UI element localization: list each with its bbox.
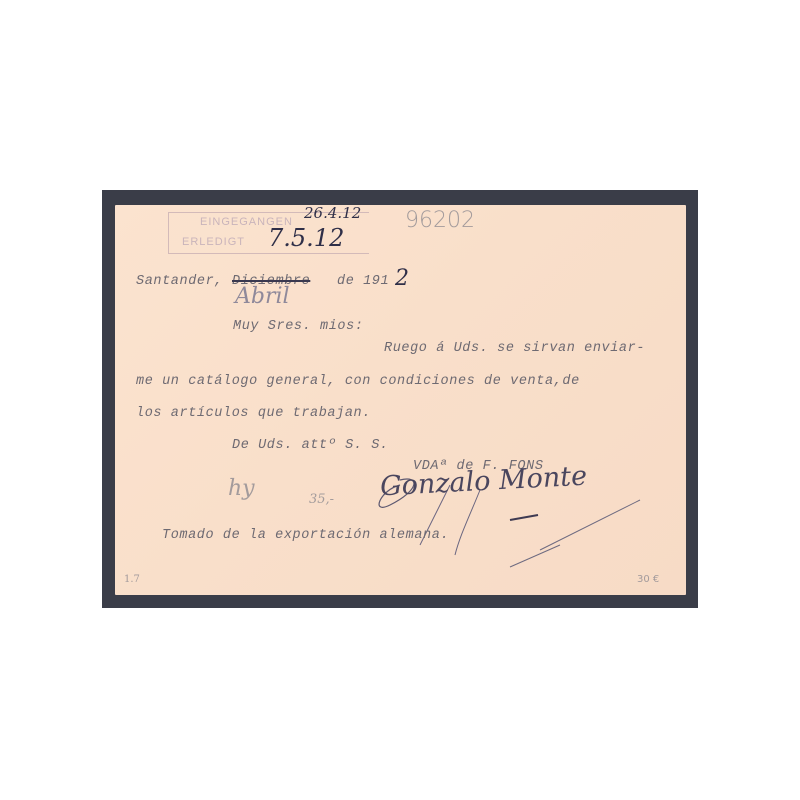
salutation: Muy Sres. mios: (233, 319, 364, 334)
year-text: de 191 (337, 274, 389, 289)
pencil-corner-note: 1.7 (124, 574, 140, 585)
body-line-1: Ruego á Uds. se sirvan enviar- (384, 341, 645, 356)
body-line-2: me un catálogo general, con condiciones … (136, 374, 580, 389)
catalog-number: 96202 (405, 208, 475, 233)
body-line-3: los artículos que trabajan. (136, 406, 371, 421)
pencil-amount: 35,- (309, 492, 334, 507)
letter-place: Santander, (136, 274, 223, 289)
export-note: Tomado de la exportación alemana. (162, 528, 449, 543)
year-last-digit: 2 (395, 266, 409, 291)
handled-date: 7.5.12 (268, 224, 344, 252)
month-handwritten: Abril (235, 284, 290, 309)
pencil-initials: hy (228, 476, 255, 501)
price-note: 30 € (637, 574, 659, 585)
closing: De Uds. attº S. S. (232, 438, 389, 453)
stamp-erledigt: ERLEDIGT (182, 236, 245, 248)
received-date: 26.4.12 (304, 204, 361, 222)
